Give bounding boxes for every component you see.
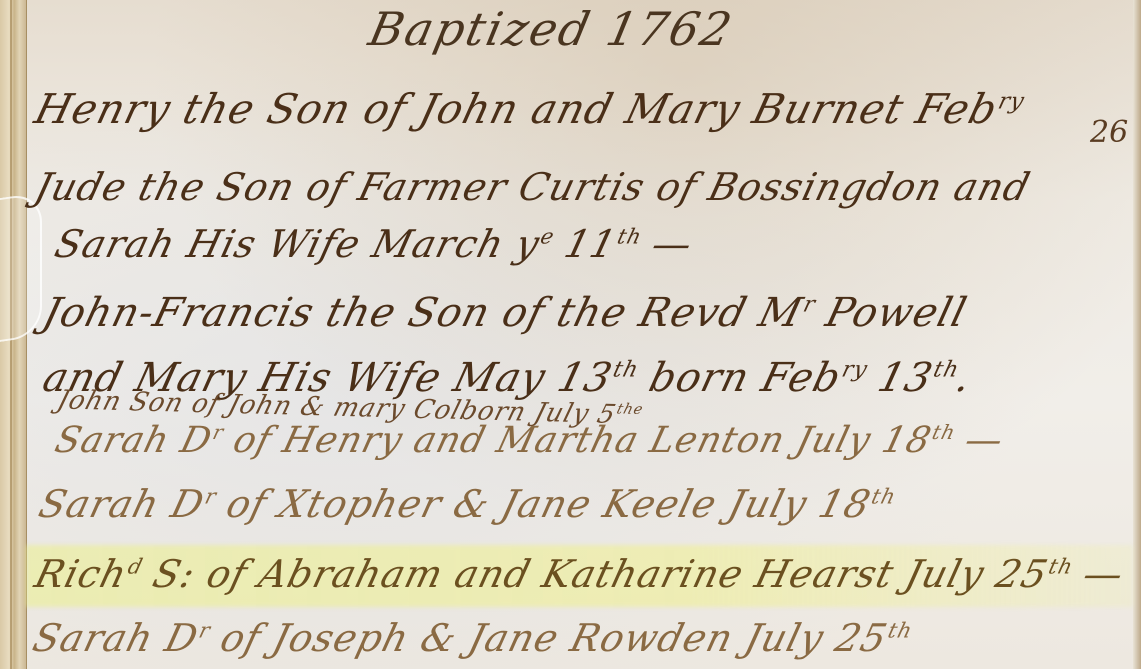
entry-sup: the [615, 401, 646, 418]
entry-sarah-rowden: Sarah Dr of Joseph & Jane Rowden July 25… [29, 616, 916, 660]
entry-sarah-keele: Sarah Dr of Xtopher & Jane Keele July 18… [35, 482, 900, 526]
entry-sup: th [869, 484, 899, 508]
entry-jude-curtis: Jude the Son of Farmer Curtis of Bossing… [31, 165, 1035, 209]
entry-text: John-Francis the Son of the Revd M [38, 290, 807, 336]
entry-sarah-lenton: Sarah Dr of Henry and Martha Lenton July… [51, 420, 1008, 461]
page-edge [1133, 0, 1141, 669]
entry-date-26: 26 [1090, 115, 1128, 150]
entry-text: Sarah D [35, 482, 210, 526]
entry-text: Jude the Son of Farmer Curtis of Bossing… [31, 165, 1035, 209]
entry-henry-burnet: Henry the Son of John and Mary Burnet Fe… [30, 85, 1028, 133]
entry-text: of Joseph & Jane Rowden July 25 [203, 616, 892, 660]
entry-text: Sarah D [29, 616, 204, 660]
entry-sup: th [931, 358, 962, 383]
entry-text: of Xtopher & Jane Keele July 18 [209, 482, 875, 526]
page-title: Baptized 1762 [364, 2, 738, 56]
register-page: Baptized 1762 Henry the Son of John and … [0, 0, 1141, 669]
entry-text: Rich [31, 552, 133, 596]
entry-text: 13 [860, 355, 938, 401]
plastic-page-tab [0, 192, 42, 342]
entry-richard-hearst-highlighted: Richd S: of Abraham and Katharine Hearst… [31, 552, 1129, 596]
entry-jude-curtis-cont: Sarah His Wife March ye 11th — [51, 222, 698, 266]
entry-text: Powell [808, 290, 972, 336]
entry-sup: th [1046, 554, 1076, 578]
entry-sup: ry [996, 88, 1028, 114]
entry-text: Sarah D [51, 420, 217, 461]
entry-text: of Henry and Martha Lenton July 18 [217, 420, 936, 461]
entry-sup: th [615, 224, 645, 248]
entry-day: 11 [560, 222, 621, 266]
entry-text: born Feb [631, 355, 846, 401]
entry-text: S: of Abraham and Katharine Hearst July … [135, 552, 1052, 596]
entry-text: Sarah His Wife March y [51, 222, 545, 266]
entry-sup: th [930, 421, 958, 444]
entry-text: Henry the Son of John and Mary Burnet Fe… [30, 85, 1003, 133]
entry-sup: th [886, 618, 916, 642]
entry-john-francis-powell: John-Francis the Son of the Revd Mr Powe… [38, 290, 971, 336]
